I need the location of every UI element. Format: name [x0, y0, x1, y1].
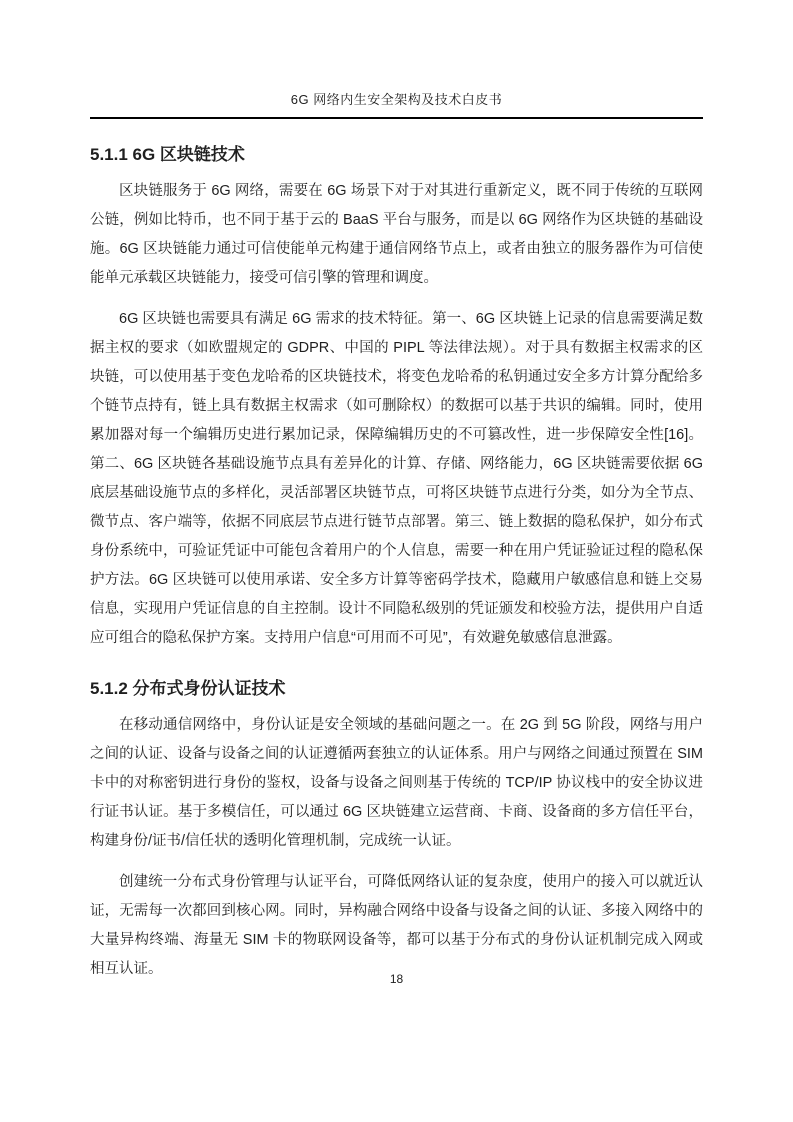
- paragraph-identity-auth-intro: 在移动通信网络中，身份认证是安全领域的基础问题之一。在 2G 到 5G 阶段，网…: [90, 711, 703, 856]
- page-content-area: 6G 网络内生安全架构及技术白皮书 5.1.1 6G 区块链技术 区块链服务于 …: [0, 92, 793, 984]
- paragraph-blockchain-intro: 区块链服务于 6G 网络，需要在 6G 场景下对于对其进行重新定义，既不同于传统…: [90, 177, 703, 293]
- page-header-title: 6G 网络内生安全架构及技术白皮书: [90, 92, 703, 108]
- paragraph-blockchain-features: 6G 区块链也需要具有满足 6G 需求的技术特征。第一、6G 区块链上记录的信息…: [90, 305, 703, 653]
- paragraph-distributed-identity-platform: 创建统一分布式身份管理与认证平台，可降低网络认证的复杂度，使用户的接入可以就近认…: [90, 868, 703, 984]
- section-heading-5-1-2: 5.1.2 分布式身份认证技术: [90, 678, 703, 700]
- header-divider: [90, 117, 703, 119]
- page-number: 18: [390, 972, 403, 986]
- page-footer: 18: [0, 972, 793, 986]
- section-heading-5-1-1: 5.1.1 6G 区块链技术: [90, 144, 703, 166]
- document-page: 6G 网络内生安全架构及技术白皮书 5.1.1 6G 区块链技术 区块链服务于 …: [0, 0, 793, 1122]
